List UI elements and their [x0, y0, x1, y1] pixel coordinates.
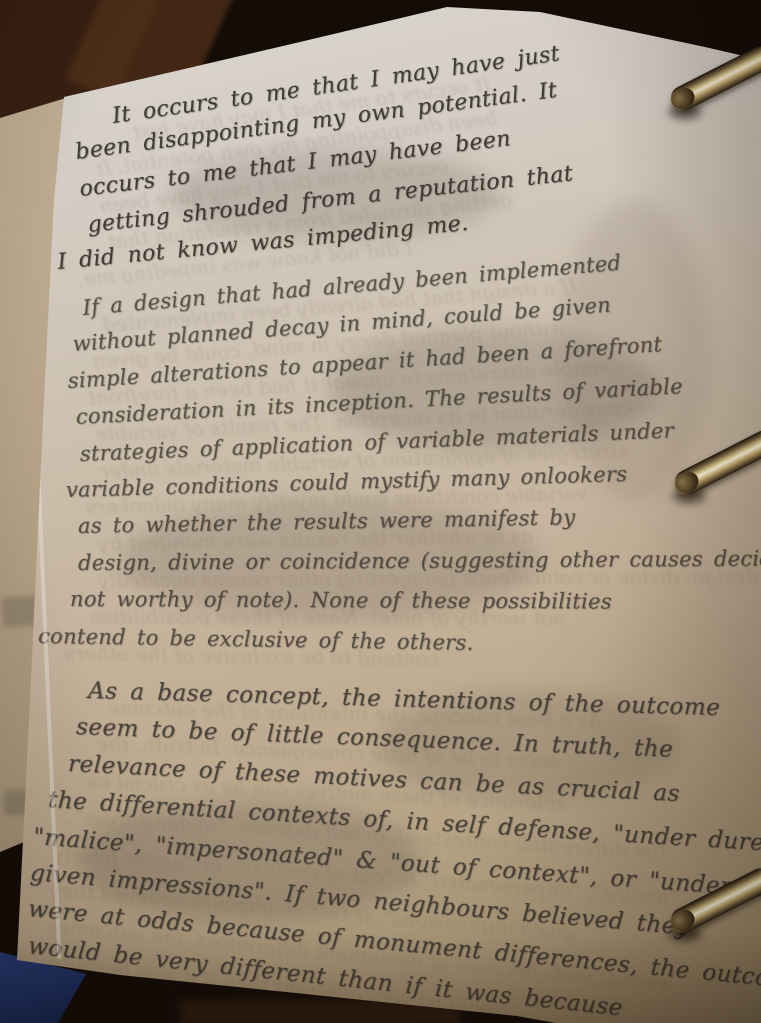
notebook-page: It occurs to me that I may have justbeen… — [0, 0, 761, 1023]
photo-background: It occurs to me that I may have justbeen… — [0, 0, 761, 1023]
paper-shading — [0, 0, 761, 1023]
